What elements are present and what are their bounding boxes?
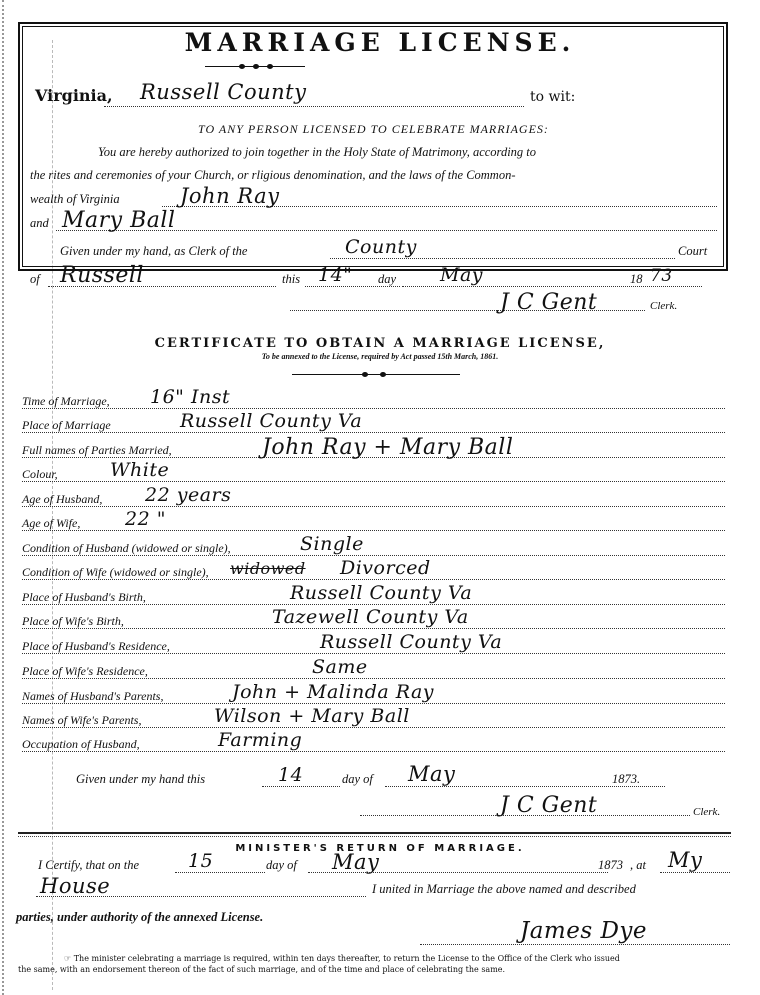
min-month-value: May xyxy=(332,850,379,874)
cert-row-label: Time of Marriage, xyxy=(22,394,110,409)
year-value: 73 xyxy=(650,266,673,286)
united-text: I united in Marriage the above named and… xyxy=(372,882,636,897)
of-label: of xyxy=(30,272,40,287)
and-label: and xyxy=(30,216,49,231)
county-value: Russell County xyxy=(140,80,307,104)
cert-row-line xyxy=(22,530,725,531)
min-day-line xyxy=(175,872,265,873)
cert-row-line xyxy=(22,604,725,605)
cert-row-line xyxy=(22,408,725,409)
cert-row-value: 16" Inst xyxy=(150,386,230,408)
license-title: MARRIAGE LICENSE. xyxy=(0,28,760,57)
address-line: TO ANY PERSON LICENSED TO CELEBRATE MARR… xyxy=(198,122,549,137)
min-at-label: , at xyxy=(630,858,646,873)
cert-row-line xyxy=(22,628,725,629)
cert-day-line xyxy=(262,786,340,787)
section-separator xyxy=(18,832,731,837)
cert-row-value: 22 years xyxy=(145,484,231,506)
cert-row-label: Place of Husband's Birth, xyxy=(22,590,146,605)
certificate-title: CERTIFICATE TO OBTAIN A MARRIAGE LICENSE… xyxy=(0,336,760,351)
cert-row-line xyxy=(22,751,725,752)
clerk-signature: J C Gent xyxy=(500,290,597,315)
cert-row-value: Russell County Va xyxy=(320,631,502,653)
cert-row-line xyxy=(22,506,725,507)
cert-row-label: Names of Husband's Parents, xyxy=(22,689,163,704)
cert-month-value: May xyxy=(408,762,455,786)
cert-row-label: Age of Husband, xyxy=(22,492,102,507)
cert-year: 1873. xyxy=(612,772,640,787)
court-type-line xyxy=(330,258,675,259)
clerk-label: Clerk. xyxy=(650,300,677,312)
cert-row-label: Occupation of Husband, xyxy=(22,737,140,752)
year-prefix: 18 xyxy=(630,272,643,287)
this-label: this xyxy=(282,272,300,287)
cert-row-line xyxy=(22,727,725,728)
day-value: 14" xyxy=(318,264,352,286)
cert-row-value: Same xyxy=(312,656,368,678)
month-line xyxy=(402,286,702,287)
cert-row-line xyxy=(22,432,725,433)
cert-clerk-label: Clerk. xyxy=(693,806,720,818)
given-under-label: Given under my hand, as Clerk of the xyxy=(60,244,247,259)
cert-row-label: Age of Wife, xyxy=(22,516,80,531)
cert-row-value: Russell County Va xyxy=(290,582,472,604)
groom-value: John Ray xyxy=(180,184,279,208)
cert-row-label: Condition of Wife (widowed or single), xyxy=(22,565,209,580)
cert-row-line xyxy=(22,555,725,556)
state-label: Virginia, xyxy=(35,86,113,105)
license-body-line2: the rites and ceremonies of your Church,… xyxy=(30,168,516,183)
cert-row-struck-value: widowed xyxy=(230,559,306,578)
min-place-value-1: My xyxy=(668,848,702,872)
cert-row-label: Place of Marriage xyxy=(22,418,111,433)
cert-row-value: Russell County Va xyxy=(180,410,362,432)
day-label: day xyxy=(378,272,396,287)
cert-row-line xyxy=(22,678,725,679)
footnote-line2: the same, with an endorsement thereon of… xyxy=(18,964,738,975)
cert-row-label: Colour, xyxy=(22,467,58,482)
min-day-of-label: day of xyxy=(266,858,297,873)
minister-title: MINISTER'S RETURN OF MARRIAGE. xyxy=(0,843,760,854)
court-type-value: County xyxy=(345,236,417,258)
parties-text: parties, under authority of the annexed … xyxy=(16,910,263,925)
cert-row-value: John Ray + Mary Ball xyxy=(262,435,513,460)
cert-row-value: Single xyxy=(300,533,364,555)
cert-row-label: Place of Husband's Residence, xyxy=(22,639,170,654)
ornament-divider xyxy=(292,374,460,375)
cert-clerk-signature: J C Gent xyxy=(500,793,597,818)
cert-row-line xyxy=(22,481,725,482)
bride-value: Mary Ball xyxy=(62,208,175,233)
cert-row-label: Place of Wife's Birth, xyxy=(22,614,124,629)
cert-row-label: Names of Wife's Parents, xyxy=(22,713,141,728)
license-body-line1: You are hereby authorized to join togeth… xyxy=(98,145,536,160)
cert-row-value: Divorced xyxy=(340,557,431,579)
commonwealth-label: wealth of Virginia xyxy=(30,192,120,207)
min-place-line-1 xyxy=(660,872,730,873)
min-year: 1873 xyxy=(598,858,623,873)
ornament-divider xyxy=(205,66,305,67)
cert-row-value: White xyxy=(110,459,169,481)
min-place-value-2: House xyxy=(40,874,110,898)
to-wit-label: to wit: xyxy=(530,89,575,105)
cert-row-value: John + Malinda Ray xyxy=(232,681,434,703)
month-value: May xyxy=(440,264,483,286)
court-label: Court xyxy=(678,244,707,259)
cert-row-value: 22 " xyxy=(125,508,166,530)
cert-row-value: Tazewell County Va xyxy=(272,606,469,628)
cert-day-value: 14 xyxy=(278,764,303,786)
cert-row-label: Condition of Husband (widowed or single)… xyxy=(22,541,231,556)
cert-row-label: Full names of Parties Married, xyxy=(22,443,172,458)
cert-row-value: Farming xyxy=(218,729,302,751)
cert-row-line xyxy=(22,653,725,654)
cert-given-label: Given under my hand this xyxy=(76,772,205,787)
min-day-value: 15 xyxy=(188,850,213,872)
footnote-line1: ☞ The minister celebrating a marriage is… xyxy=(18,953,738,964)
county-line xyxy=(104,106,524,107)
cert-day-of-label: day of xyxy=(342,772,373,787)
cert-row-line xyxy=(22,703,725,704)
minister-signature: James Dye xyxy=(520,918,647,944)
cert-row-value: Wilson + Mary Ball xyxy=(214,705,410,727)
certify-label: I Certify, that on the xyxy=(38,858,139,873)
cert-row-label: Place of Wife's Residence, xyxy=(22,664,148,679)
certificate-subtitle: To be annexed to the License, required b… xyxy=(0,352,760,361)
court-place-value: Russell xyxy=(60,263,144,288)
minister-signature-line xyxy=(420,944,730,945)
cert-row-line xyxy=(22,579,725,580)
